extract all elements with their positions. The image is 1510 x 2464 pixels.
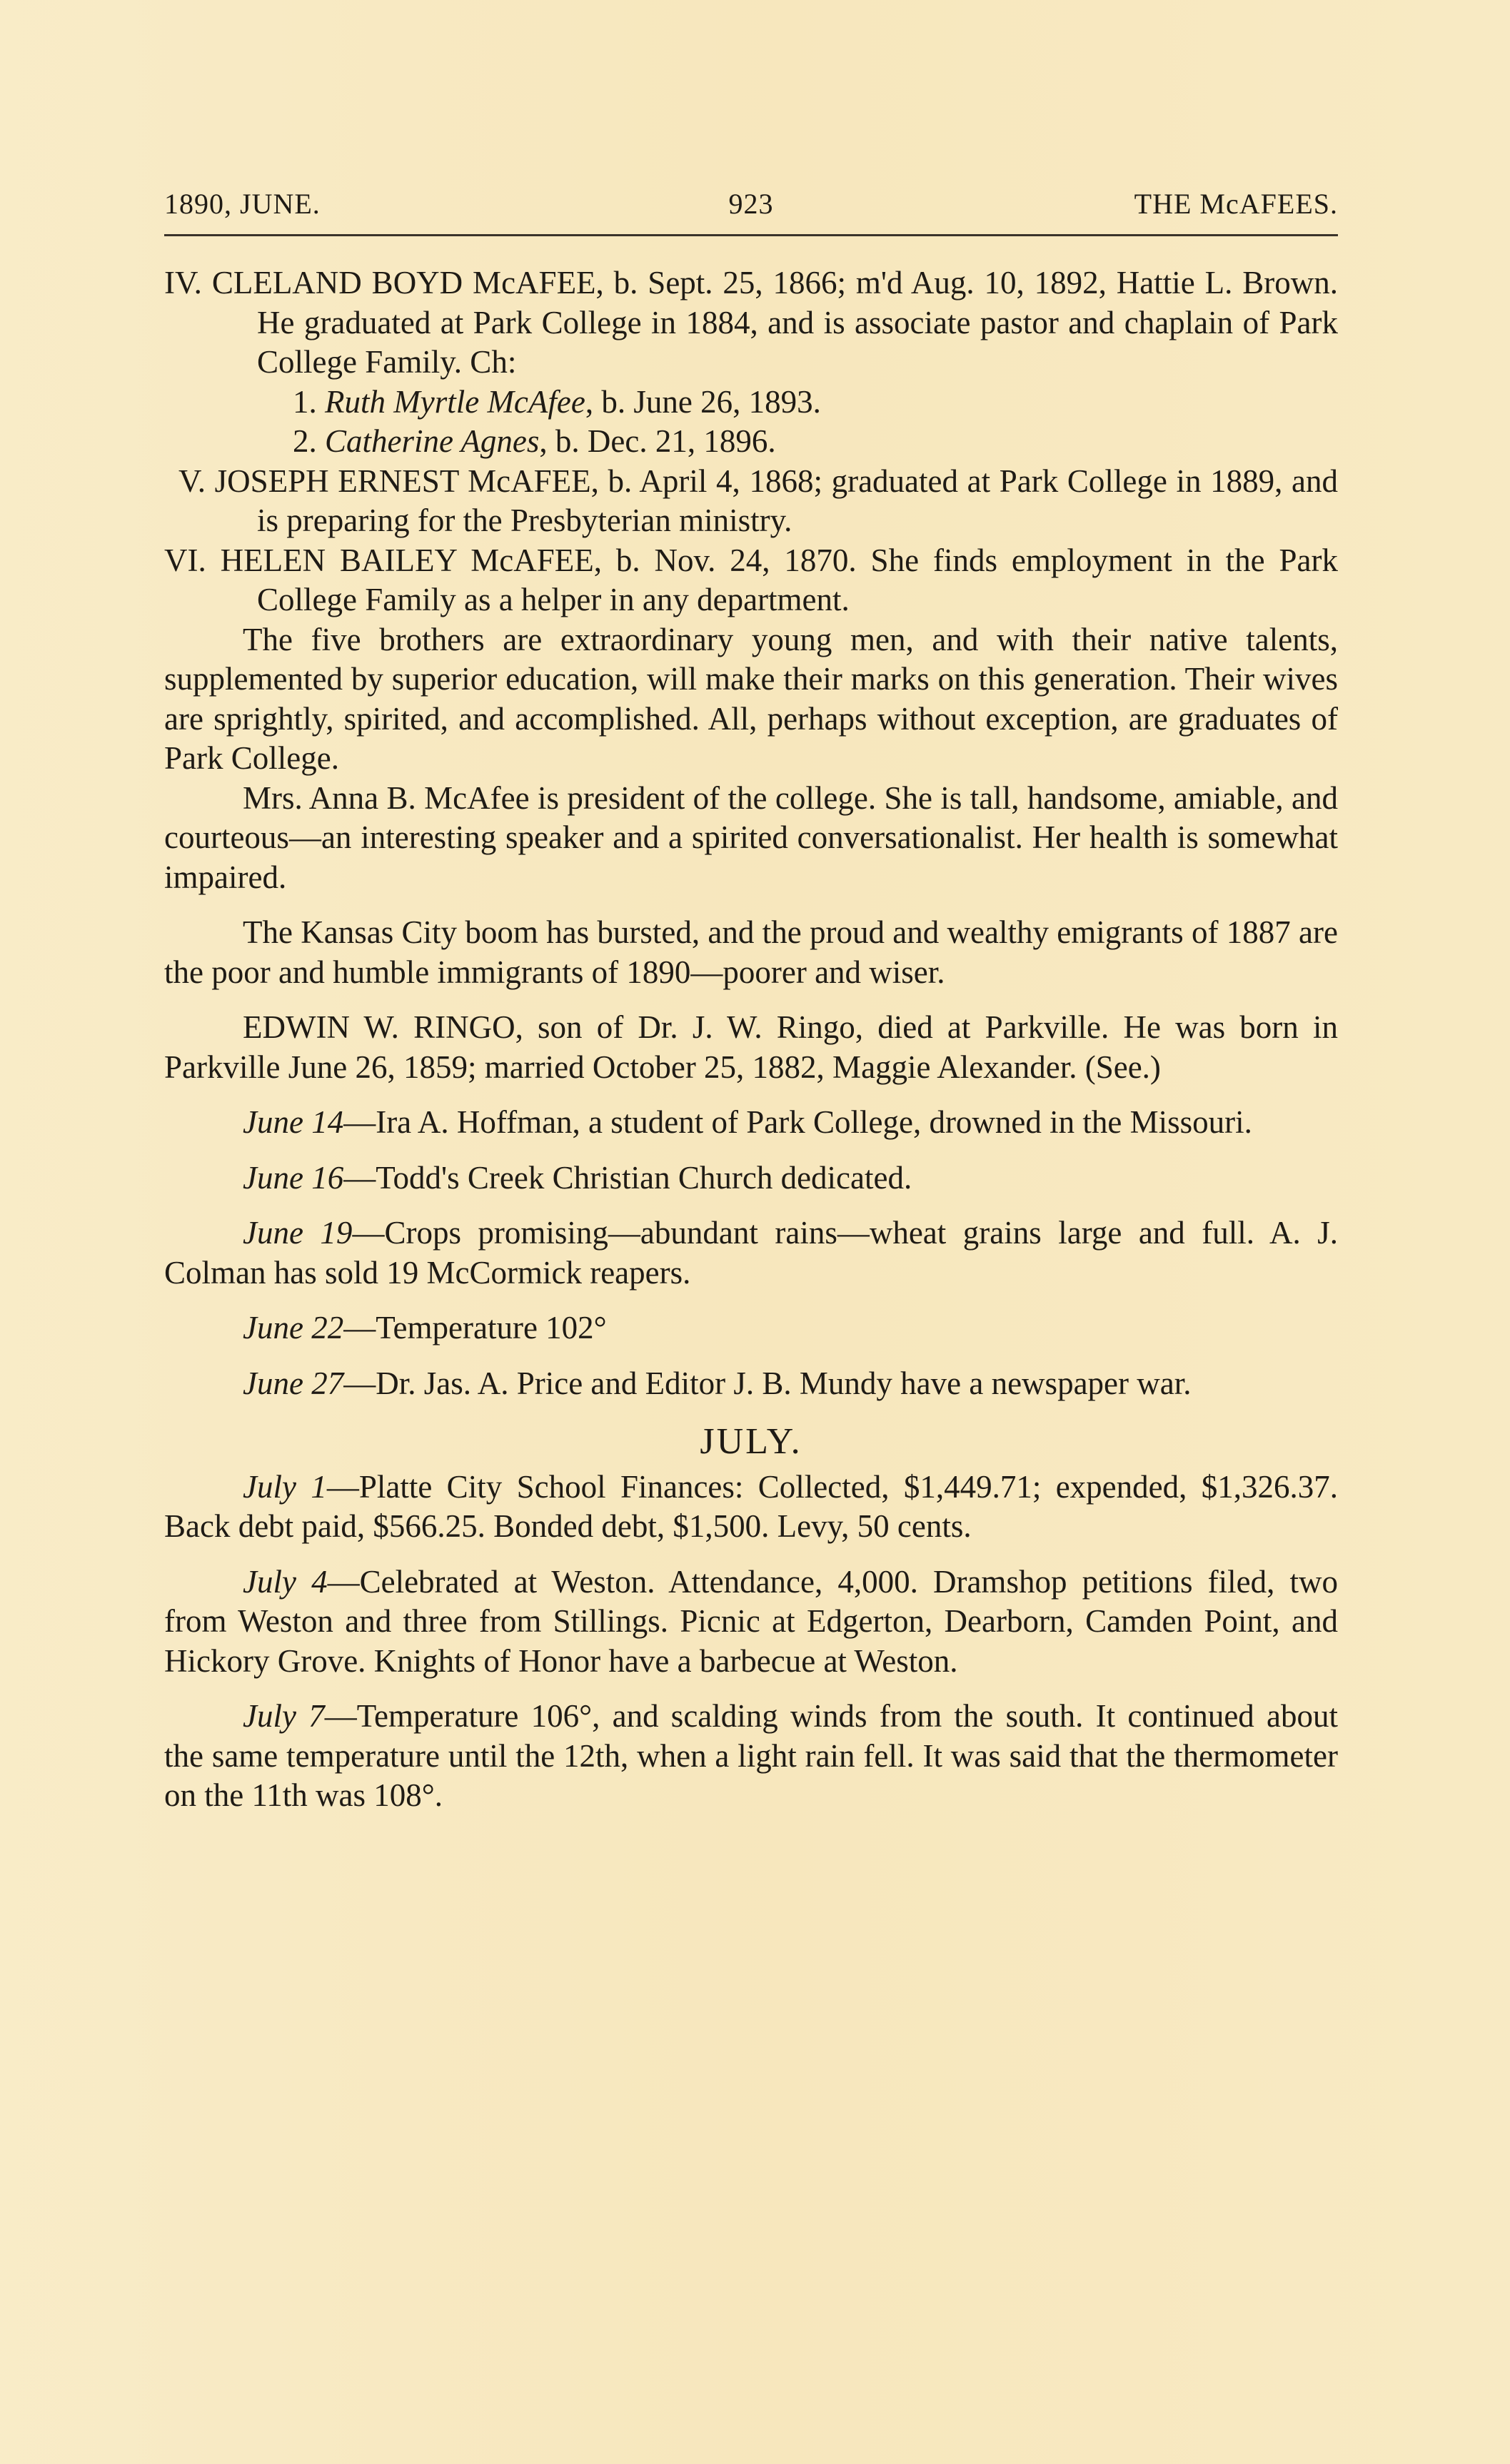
running-head-right: THE McAFEES. xyxy=(1134,187,1338,221)
body-text: IV. CLELAND BOYD McAFEE, b. Sept. 25, 18… xyxy=(164,263,1338,1816)
paragraph-brothers: The five brothers are extraordinary youn… xyxy=(164,620,1338,779)
event-text: —Dr. Jas. A. Price and Editor J. B. Mund… xyxy=(343,1365,1191,1401)
event-text: —Todd's Creek Christian Church dedicated… xyxy=(343,1160,912,1196)
event-june-22: June 22—Temperature 102° xyxy=(164,1308,1338,1348)
entry-name: CLELAND BOYD McAFEE xyxy=(212,265,596,301)
event-text: —Temperature 102° xyxy=(343,1310,606,1345)
child-item: 2. Catherine Agnes, b. Dec. 21, 1896. xyxy=(164,422,1338,462)
child-text: , b. June 26, 1893. xyxy=(585,384,821,420)
event-date: July 7 xyxy=(243,1698,325,1734)
event-date: June 19 xyxy=(243,1215,352,1251)
running-head-left: 1890, JUNE. xyxy=(164,187,321,221)
entry-v: V. JOSEPH ERNEST McAFEE, b. April 4, 186… xyxy=(164,462,1338,541)
child-text: , b. Dec. 21, 1896. xyxy=(539,423,775,459)
event-july-7: July 7—Temperature 106°, and scalding wi… xyxy=(164,1697,1338,1816)
child-item: 1. Ruth Myrtle McAfee, b. June 26, 1893. xyxy=(164,383,1338,423)
event-date: June 27 xyxy=(243,1365,343,1401)
month-heading-july: JULY. xyxy=(164,1422,1338,1462)
header-rule xyxy=(164,234,1338,236)
child-number: 2. xyxy=(293,423,317,459)
event-text: —Ira A. Hoffman, a student of Park Colle… xyxy=(343,1104,1252,1140)
child-name: Ruth Myrtle McAfee xyxy=(325,384,585,420)
entry-name: HELEN BAILEY McAFEE xyxy=(221,542,594,578)
event-date: June 14 xyxy=(243,1104,343,1140)
event-date: July 1 xyxy=(243,1469,327,1505)
event-june-14: June 14—Ira A. Hoffman, a student of Par… xyxy=(164,1103,1338,1143)
event-date: June 22 xyxy=(243,1310,343,1345)
entry-numeral: VI. xyxy=(164,542,206,578)
event-text: —Platte City School Finances: Collected,… xyxy=(164,1469,1338,1545)
event-june-16: June 16—Todd's Creek Christian Church de… xyxy=(164,1158,1338,1198)
paragraph-anna: Mrs. Anna B. McAfee is president of the … xyxy=(164,779,1338,898)
book-page: 1890, JUNE. 923 THE McAFEES. IV. CLELAND… xyxy=(164,187,1338,1816)
event-july-4: July 4—Celebrated at Weston. Attendance,… xyxy=(164,1562,1338,1682)
event-text: —Celebrated at Weston. Attendance, 4,000… xyxy=(164,1564,1338,1679)
event-text: —Temperature 106°, and scalding winds fr… xyxy=(164,1698,1338,1813)
event-july-1: July 1—Platte City School Finances: Coll… xyxy=(164,1468,1338,1547)
entry-numeral: V. xyxy=(178,463,206,499)
event-date: July 4 xyxy=(243,1564,328,1600)
child-number: 1. xyxy=(293,384,317,420)
paragraph-kansas: The Kansas City boom has bursted, and th… xyxy=(164,913,1338,992)
entry-vi: VI. HELEN BAILEY McAFEE, b. Nov. 24, 187… xyxy=(164,541,1338,620)
event-june-19: June 19—Crops promising—abundant rains—w… xyxy=(164,1213,1338,1293)
child-name: Catherine Agnes xyxy=(325,423,539,459)
entry-iv: IV. CLELAND BOYD McAFEE, b. Sept. 25, 18… xyxy=(164,263,1338,383)
entry-numeral: IV. xyxy=(164,265,202,301)
event-date: June 16 xyxy=(243,1160,343,1196)
entry-name: JOSEPH ERNEST McAFEE xyxy=(215,463,591,499)
running-head: 1890, JUNE. 923 THE McAFEES. xyxy=(164,187,1338,224)
paragraph-ringo: EDWIN W. RINGO, son of Dr. J. W. Ringo, … xyxy=(164,1008,1338,1087)
event-june-27: June 27—Dr. Jas. A. Price and Editor J. … xyxy=(164,1364,1338,1404)
